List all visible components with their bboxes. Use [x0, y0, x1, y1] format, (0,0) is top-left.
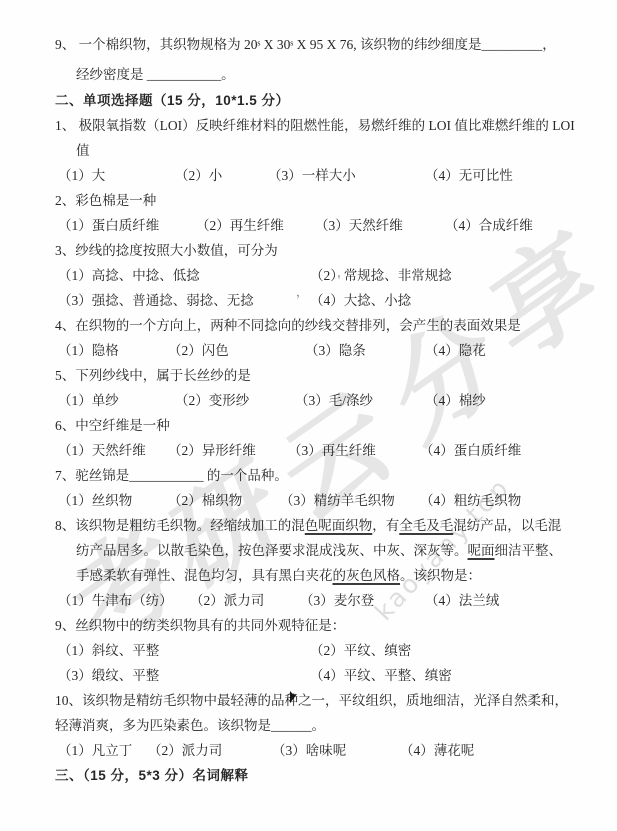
option: （4）平纹、平整、缜密 — [310, 663, 452, 688]
option: （4）蛋白质纤维 — [420, 438, 521, 463]
question-1-9-line1: 9、 一个棉织物，其织物规格为 20ˢ X 30ˢ X 95 X 76, 该织物… — [55, 28, 617, 61]
option: （1）牛津布（纺） — [58, 588, 190, 613]
option: （3）啥味呢 — [272, 738, 400, 763]
option: （3）麦尔登 — [300, 588, 425, 613]
option: （2）异形纤维 — [168, 438, 288, 463]
q6-options: （1）天然纤维 （2）异形纤维 （3）再生纤维 （4）蛋白质纤维 — [55, 438, 617, 463]
q8-line1: 8、该织物是粗纺毛织物。经缩绒加工的混色呢面织物，有全毛及毛混纺产品，以毛混 — [55, 513, 617, 538]
q8-text: 细洁平整、 — [495, 543, 563, 558]
option: （4）合成纤维 — [445, 213, 533, 238]
q3-stem: 3、纱线的捻度按照大小数值，可分为 — [55, 238, 617, 263]
option: （4）法兰绒 — [425, 588, 499, 613]
option: （3）一样大小 — [268, 163, 425, 188]
option: （1）天然纤维 — [58, 438, 168, 463]
q8-line3: 手感柔软有弹性、混色均匀，具有黑白夹花的灰色风格。该织物是： — [55, 563, 617, 588]
q6-stem: 6、中空纤维是一种 — [55, 413, 617, 438]
option: （1）高捻、中捻、低捻 — [58, 263, 310, 288]
q8-underlined-text: 的灰色风格 — [333, 568, 401, 583]
q8-underlined-text: 全毛及毛 — [399, 518, 453, 533]
option: （3）缎纹、平整 — [58, 663, 310, 688]
q5-options: （1）单纱 （2）变形纱 （3）毛/涤纱 （4）棉纱 — [55, 388, 617, 413]
q8-underlined-text: 呢面 — [468, 543, 495, 558]
option: （3）天然纤维 — [315, 213, 445, 238]
option: （3）隐条 — [305, 338, 425, 363]
option: （2）平纹、缜密 — [310, 638, 411, 663]
option: （2）派力司 — [190, 588, 300, 613]
q10-stem-cont: 轻薄消爽，多为匹染素色。该织物是______。 — [55, 713, 617, 738]
option: （2）小 — [175, 163, 268, 188]
q8-options: （1）牛津布（纺） （2）派力司 （3）麦尔登 （4）法兰绒 — [55, 588, 617, 613]
q2-options: （1）蛋白质纤维 （2）再生纤维 （3）天然纤维 （4）合成纤维 — [55, 213, 617, 238]
option: （2）派力司 — [148, 738, 272, 763]
q10-options: （1）凡立丁 （2）派力司 （3）啥味呢 （4）薄花呢 — [55, 738, 617, 763]
option: （3）强捻、普通捻、弱捻、无捻 — [58, 288, 310, 313]
q3-options-row2: （3）强捻、普通捻、弱捻、无捻 （4）大捻、小捻 — [55, 288, 617, 313]
option: （2）再生纤维 — [196, 213, 315, 238]
option: （4）棉纱 — [425, 388, 486, 413]
option: （2）变形纱 — [175, 388, 295, 413]
q8-text: 手感柔软有弹性、混色均匀，具有黑白夹花 — [76, 568, 333, 583]
question-1-9-line2: 经纱密度是 ___________。 — [55, 61, 617, 88]
q1-options: （1）大 （2）小 （3）一样大小 （4）无可比性 — [55, 163, 617, 188]
q2-stem: 2、彩色棉是一种 — [55, 188, 617, 213]
option: （1）大 — [58, 163, 175, 188]
q4-options: （1）隐格 （2）闪色 （3）隐条 （4）隐花 — [55, 338, 617, 363]
q9-stem: 9、丝织物中的纺类织物具有的共同外观特征是： — [55, 613, 617, 638]
q8-text: 混纺产品，以毛混 — [453, 518, 561, 533]
pen-mark: ＇ — [333, 272, 345, 289]
option: （4）隐花 — [425, 338, 486, 363]
option: （3）毛/涤纱 — [295, 388, 425, 413]
option: （1）斜纹、平整 — [58, 638, 310, 663]
q9-options-row1: （1）斜纹、平整 （2）平纹、缜密 — [55, 638, 617, 663]
option: （4）无可比性 — [425, 163, 513, 188]
q4-stem: 4、在织物的一个方向上，两种不同捻向的纱线交替排列，会产生的表面效果是 — [55, 313, 617, 338]
option: （4）大捻、小捻 — [310, 288, 411, 313]
q8-text: ，有 — [372, 518, 399, 533]
option: （2）闪色 — [168, 338, 305, 363]
q8-text: 8、该织物是粗纺毛织物。经缩绒加工的混 — [55, 518, 305, 533]
q7-stem: 7、驼丝锦是___________ 的一个品种。 — [55, 463, 617, 488]
option: （1）隐格 — [58, 338, 168, 363]
q1-stem: 1、 极限氧指数（LOI）反映纤维材料的阻燃性能，易燃纤维的 LOI 值比难燃纤… — [55, 113, 617, 138]
option: （2）棉织物 — [168, 488, 280, 513]
pen-mark: ， — [296, 283, 308, 300]
q8-line2: 纺产品居多。以散毛染色，按色泽要求混成浅灰、中灰、深灰等。呢面细洁平整、 — [55, 538, 617, 563]
option: （3）精纺羊毛织物 — [280, 488, 420, 513]
exam-content: 9、 一个棉织物，其织物规格为 20ˢ X 30ˢ X 95 X 76, 该织物… — [0, 0, 617, 788]
option: （4）薄花呢 — [400, 738, 474, 763]
q8-text: 。该织物是： — [400, 568, 481, 583]
option: （2）常规捻、非常规捻 — [310, 263, 452, 288]
option: （1）丝织物 — [58, 488, 168, 513]
q8-underlined-text: 色呢面织物 — [305, 518, 373, 533]
q8-text: 纺产品居多。以散毛染色，按色泽要求混成浅灰、中灰、深灰等。 — [76, 543, 468, 558]
q10-stem: 10、该织物是精纺毛织物中最轻薄的品种之一，平纹组织，质地细洁，光泽自然柔和， — [55, 688, 617, 713]
mouse-cursor-icon — [289, 691, 298, 707]
option: （1）凡立丁 — [58, 738, 148, 763]
scanned-exam-page: 考 研 云 分 享 kaoyany.top ， ＇ 9、 一个棉织物，其织物规格… — [0, 0, 617, 831]
q5-stem: 5、下列纱线中，属于长丝纱的是 — [55, 363, 617, 388]
q1-stem-cont: 值 — [55, 138, 617, 163]
option: （1）蛋白质纤维 — [58, 213, 196, 238]
option: （3）再生纤维 — [288, 438, 420, 463]
option: （1）单纱 — [58, 388, 175, 413]
q9-options-row2: （3）缎纹、平整 （4）平纹、平整、缜密 — [55, 663, 617, 688]
section-3-heading: 三、（15 分，5*3 分）名词解释 — [55, 763, 617, 788]
option: （4）粗纺毛织物 — [420, 488, 521, 513]
section-2-heading: 二、单项选择题（15 分，10*1.5 分） — [55, 88, 617, 113]
q7-options: （1）丝织物 （2）棉织物 （3）精纺羊毛织物 （4）粗纺毛织物 — [55, 488, 617, 513]
